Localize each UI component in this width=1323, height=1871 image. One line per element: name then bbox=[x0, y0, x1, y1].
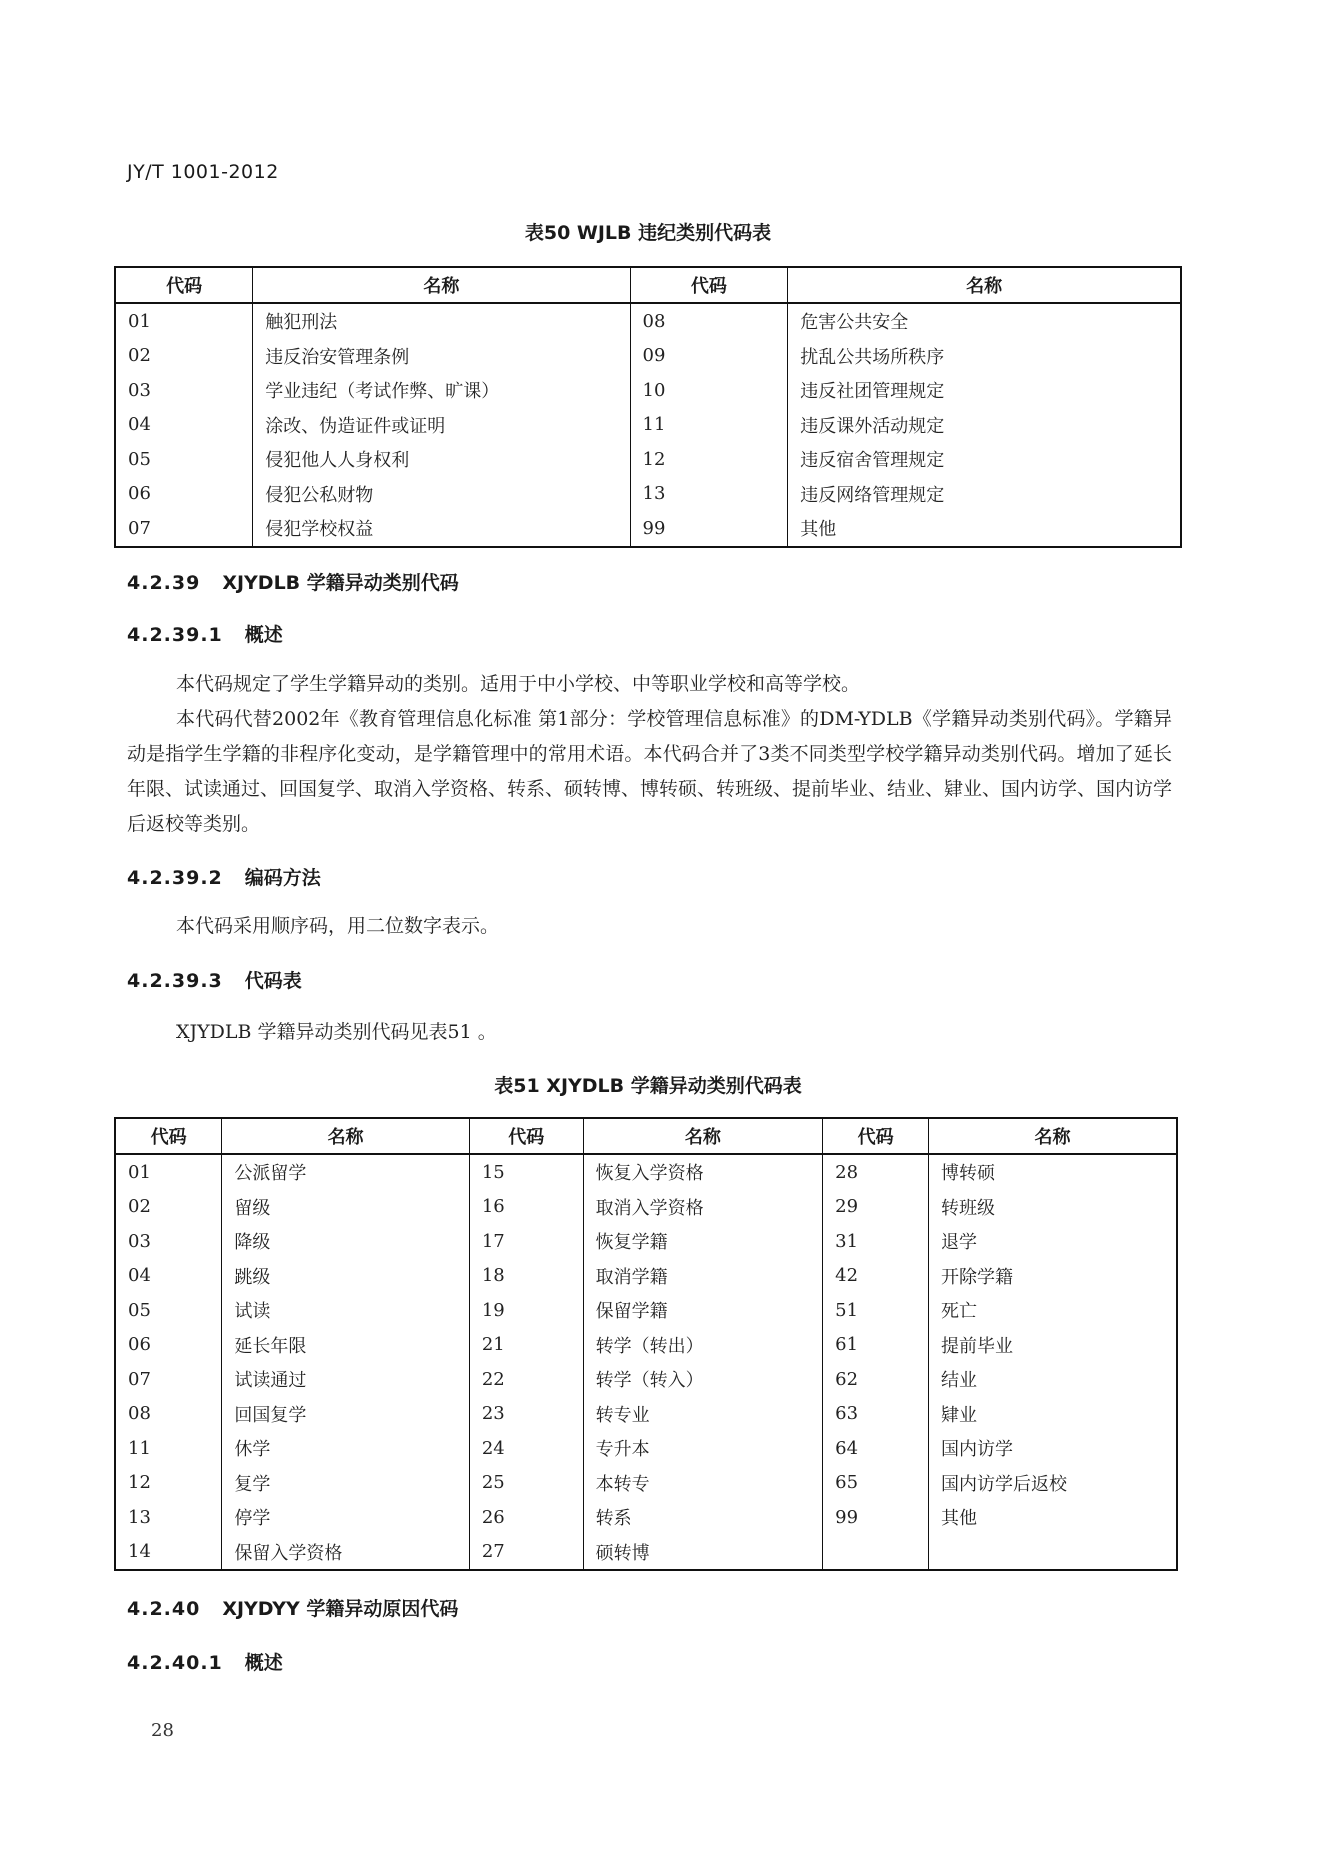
table50: 代码 名称 代码 名称 01触犯刑法08危害公共安全02违反治安管理条例09扰乱… bbox=[114, 266, 1182, 548]
code-cell: 05 bbox=[115, 1293, 222, 1328]
name-cell: 休学 bbox=[222, 1431, 469, 1466]
name-cell: 侵犯学校权益 bbox=[253, 511, 630, 547]
code-cell: 17 bbox=[469, 1224, 583, 1259]
table-row: 02违反治安管理条例09扰乱公共场所秩序 bbox=[115, 339, 1181, 374]
code-cell: 51 bbox=[823, 1293, 929, 1328]
code-cell: 06 bbox=[115, 477, 253, 512]
section-title: XJYDYY 学籍异动原因代码 bbox=[222, 1598, 458, 1620]
name-cell: 回国复学 bbox=[222, 1397, 469, 1432]
name-cell: 触犯刑法 bbox=[253, 303, 630, 339]
code-cell: 27 bbox=[469, 1535, 583, 1571]
code-cell: 11 bbox=[115, 1431, 222, 1466]
name-cell: 专升本 bbox=[583, 1431, 823, 1466]
document-code: JY/T 1001-2012 bbox=[127, 161, 279, 183]
code-cell: 19 bbox=[469, 1293, 583, 1328]
code-cell: 15 bbox=[469, 1154, 583, 1190]
column-header-code: 代码 bbox=[115, 1118, 222, 1154]
table-row: 06延长年限21转学（转出）61提前毕业 bbox=[115, 1328, 1177, 1363]
column-header-name: 名称 bbox=[253, 267, 630, 303]
name-cell: 取消学籍 bbox=[583, 1259, 823, 1294]
name-cell: 肄业 bbox=[929, 1397, 1178, 1432]
name-cell: 侵犯公私财物 bbox=[253, 477, 630, 512]
paragraph-replacement-note: 本代码代替2002年《教育管理信息化标准 第1部分：学校管理信息标准》的DM-Y… bbox=[127, 702, 1172, 842]
code-cell: 31 bbox=[823, 1224, 929, 1259]
table-row: 02留级16取消入学资格29转班级 bbox=[115, 1190, 1177, 1225]
paragraph-scope: 本代码规定了学生学籍异动的类别。适用于中小学校、中等职业学校和高等学校。 bbox=[127, 667, 1172, 702]
name-cell: 硕转博 bbox=[583, 1535, 823, 1571]
code-cell: 21 bbox=[469, 1328, 583, 1363]
name-cell bbox=[929, 1535, 1178, 1571]
code-cell: 99 bbox=[823, 1500, 929, 1535]
table50-caption: 表50 WJLB 违纪类别代码表 bbox=[0, 218, 1296, 245]
name-cell: 转系 bbox=[583, 1500, 823, 1535]
name-cell: 学业违纪（考试作弊、旷课） bbox=[253, 373, 630, 408]
section-number: 4.2.40.1 bbox=[127, 1652, 223, 1674]
table51: 代码 名称 代码 名称 代码 名称 01公派留学15恢复入学资格28博转硕02留… bbox=[114, 1117, 1178, 1571]
name-cell: 结业 bbox=[929, 1362, 1178, 1397]
code-cell: 22 bbox=[469, 1362, 583, 1397]
name-cell: 开除学籍 bbox=[929, 1259, 1178, 1294]
code-cell: 10 bbox=[630, 373, 788, 408]
code-cell: 12 bbox=[630, 442, 788, 477]
code-cell: 25 bbox=[469, 1466, 583, 1501]
name-cell: 违反社团管理规定 bbox=[788, 373, 1181, 408]
name-cell: 保留入学资格 bbox=[222, 1535, 469, 1571]
name-cell: 试读 bbox=[222, 1293, 469, 1328]
code-cell: 42 bbox=[823, 1259, 929, 1294]
name-cell: 违反治安管理条例 bbox=[253, 339, 630, 374]
name-cell: 其他 bbox=[788, 511, 1181, 547]
name-cell: 试读通过 bbox=[222, 1362, 469, 1397]
name-cell: 跳级 bbox=[222, 1259, 469, 1294]
table-row: 08回国复学23转专业63肄业 bbox=[115, 1397, 1177, 1432]
column-header-name: 名称 bbox=[583, 1118, 823, 1154]
column-header-name: 名称 bbox=[222, 1118, 469, 1154]
name-cell: 涂改、伪造证件或证明 bbox=[253, 408, 630, 443]
page-number: 28 bbox=[151, 1720, 174, 1741]
column-header-name: 名称 bbox=[788, 267, 1181, 303]
code-cell: 64 bbox=[823, 1431, 929, 1466]
code-cell: 03 bbox=[115, 1224, 222, 1259]
name-cell: 扰乱公共场所秩序 bbox=[788, 339, 1181, 374]
column-header-code: 代码 bbox=[823, 1118, 929, 1154]
table-row: 05试读19保留学籍51死亡 bbox=[115, 1293, 1177, 1328]
table51-header-row: 代码 名称 代码 名称 代码 名称 bbox=[115, 1118, 1177, 1154]
table-row: 07试读通过22转学（转入）62结业 bbox=[115, 1362, 1177, 1397]
name-cell: 国内访学后返校 bbox=[929, 1466, 1178, 1501]
paragraph-table-reference: XJYDLB 学籍异动类别代码见表51 。 bbox=[127, 1015, 1172, 1050]
table-row: 14保留入学资格27硕转博 bbox=[115, 1535, 1177, 1571]
code-cell: 08 bbox=[630, 303, 788, 339]
code-cell: 07 bbox=[115, 1362, 222, 1397]
code-cell: 61 bbox=[823, 1328, 929, 1363]
name-cell: 其他 bbox=[929, 1500, 1178, 1535]
name-cell: 公派留学 bbox=[222, 1154, 469, 1190]
code-cell: 29 bbox=[823, 1190, 929, 1225]
code-cell: 02 bbox=[115, 339, 253, 374]
section-heading-4-2-39-2: 4.2.39.2编码方法 bbox=[127, 863, 321, 890]
name-cell: 留级 bbox=[222, 1190, 469, 1225]
code-cell: 18 bbox=[469, 1259, 583, 1294]
section-heading-4-2-40: 4.2.40XJYDYY 学籍异动原因代码 bbox=[127, 1594, 458, 1621]
code-cell: 13 bbox=[630, 477, 788, 512]
table-row: 07侵犯学校权益99其他 bbox=[115, 511, 1181, 547]
section-number: 4.2.40 bbox=[127, 1598, 200, 1620]
table-row: 12复学25本转专65国内访学后返校 bbox=[115, 1466, 1177, 1501]
column-header-code: 代码 bbox=[630, 267, 788, 303]
code-cell: 12 bbox=[115, 1466, 222, 1501]
table-row: 04涂改、伪造证件或证明11违反课外活动规定 bbox=[115, 408, 1181, 443]
section-number: 4.2.39.3 bbox=[127, 970, 223, 992]
table-row: 01公派留学15恢复入学资格28博转硕 bbox=[115, 1154, 1177, 1190]
table-row: 03学业违纪（考试作弊、旷课）10违反社团管理规定 bbox=[115, 373, 1181, 408]
name-cell: 侵犯他人人身权利 bbox=[253, 442, 630, 477]
paragraph-coding-method: 本代码采用顺序码，用二位数字表示。 bbox=[127, 909, 1172, 944]
code-cell: 09 bbox=[630, 339, 788, 374]
code-cell: 14 bbox=[115, 1535, 222, 1571]
section-heading-4-2-39: 4.2.39XJYDLB 学籍异动类别代码 bbox=[127, 568, 459, 595]
name-cell: 本转专 bbox=[583, 1466, 823, 1501]
section-number: 4.2.39.1 bbox=[127, 624, 223, 646]
code-cell bbox=[823, 1535, 929, 1571]
table51-caption: 表51 XJYDLB 学籍异动类别代码表 bbox=[0, 1071, 1296, 1098]
code-cell: 06 bbox=[115, 1328, 222, 1363]
name-cell: 危害公共安全 bbox=[788, 303, 1181, 339]
name-cell: 违反网络管理规定 bbox=[788, 477, 1181, 512]
table-row: 13停学26转系99其他 bbox=[115, 1500, 1177, 1535]
code-cell: 99 bbox=[630, 511, 788, 547]
table-row: 04跳级18取消学籍42开除学籍 bbox=[115, 1259, 1177, 1294]
name-cell: 转专业 bbox=[583, 1397, 823, 1432]
code-cell: 02 bbox=[115, 1190, 222, 1225]
code-cell: 01 bbox=[115, 1154, 222, 1190]
code-cell: 13 bbox=[115, 1500, 222, 1535]
table-row: 03降级17恢复学籍31退学 bbox=[115, 1224, 1177, 1259]
code-cell: 01 bbox=[115, 303, 253, 339]
code-cell: 26 bbox=[469, 1500, 583, 1535]
name-cell: 保留学籍 bbox=[583, 1293, 823, 1328]
code-cell: 05 bbox=[115, 442, 253, 477]
section-title: 编码方法 bbox=[245, 867, 321, 889]
table-row: 06侵犯公私财物13违反网络管理规定 bbox=[115, 477, 1181, 512]
name-cell: 转学（转出） bbox=[583, 1328, 823, 1363]
section-number: 4.2.39 bbox=[127, 572, 200, 594]
code-cell: 28 bbox=[823, 1154, 929, 1190]
table-row: 05侵犯他人人身权利12违反宿舍管理规定 bbox=[115, 442, 1181, 477]
name-cell: 死亡 bbox=[929, 1293, 1178, 1328]
section-title: XJYDLB 学籍异动类别代码 bbox=[222, 572, 458, 594]
code-cell: 62 bbox=[823, 1362, 929, 1397]
column-header-code: 代码 bbox=[115, 267, 253, 303]
table-row: 11休学24专升本64国内访学 bbox=[115, 1431, 1177, 1466]
name-cell: 取消入学资格 bbox=[583, 1190, 823, 1225]
code-cell: 03 bbox=[115, 373, 253, 408]
section-title: 概述 bbox=[245, 624, 283, 646]
section-title: 概述 bbox=[245, 1652, 283, 1674]
name-cell: 复学 bbox=[222, 1466, 469, 1501]
code-cell: 23 bbox=[469, 1397, 583, 1432]
name-cell: 违反课外活动规定 bbox=[788, 408, 1181, 443]
name-cell: 国内访学 bbox=[929, 1431, 1178, 1466]
section-heading-4-2-39-1: 4.2.39.1概述 bbox=[127, 620, 283, 647]
code-cell: 04 bbox=[115, 408, 253, 443]
name-cell: 退学 bbox=[929, 1224, 1178, 1259]
name-cell: 转学（转入） bbox=[583, 1362, 823, 1397]
name-cell: 恢复入学资格 bbox=[583, 1154, 823, 1190]
section-title: 代码表 bbox=[245, 970, 302, 992]
name-cell: 提前毕业 bbox=[929, 1328, 1178, 1363]
code-cell: 04 bbox=[115, 1259, 222, 1294]
section-heading-4-2-40-1: 4.2.40.1概述 bbox=[127, 1648, 283, 1675]
section-number: 4.2.39.2 bbox=[127, 867, 223, 889]
name-cell: 转班级 bbox=[929, 1190, 1178, 1225]
table50-header-row: 代码 名称 代码 名称 bbox=[115, 267, 1181, 303]
code-cell: 63 bbox=[823, 1397, 929, 1432]
code-cell: 16 bbox=[469, 1190, 583, 1225]
code-cell: 11 bbox=[630, 408, 788, 443]
name-cell: 违反宿舍管理规定 bbox=[788, 442, 1181, 477]
code-cell: 65 bbox=[823, 1466, 929, 1501]
name-cell: 停学 bbox=[222, 1500, 469, 1535]
name-cell: 博转硕 bbox=[929, 1154, 1178, 1190]
column-header-name: 名称 bbox=[929, 1118, 1178, 1154]
code-cell: 07 bbox=[115, 511, 253, 547]
name-cell: 降级 bbox=[222, 1224, 469, 1259]
column-header-code: 代码 bbox=[469, 1118, 583, 1154]
name-cell: 延长年限 bbox=[222, 1328, 469, 1363]
code-cell: 08 bbox=[115, 1397, 222, 1432]
name-cell: 恢复学籍 bbox=[583, 1224, 823, 1259]
code-cell: 24 bbox=[469, 1431, 583, 1466]
table-row: 01触犯刑法08危害公共安全 bbox=[115, 303, 1181, 339]
section-heading-4-2-39-3: 4.2.39.3代码表 bbox=[127, 966, 302, 993]
